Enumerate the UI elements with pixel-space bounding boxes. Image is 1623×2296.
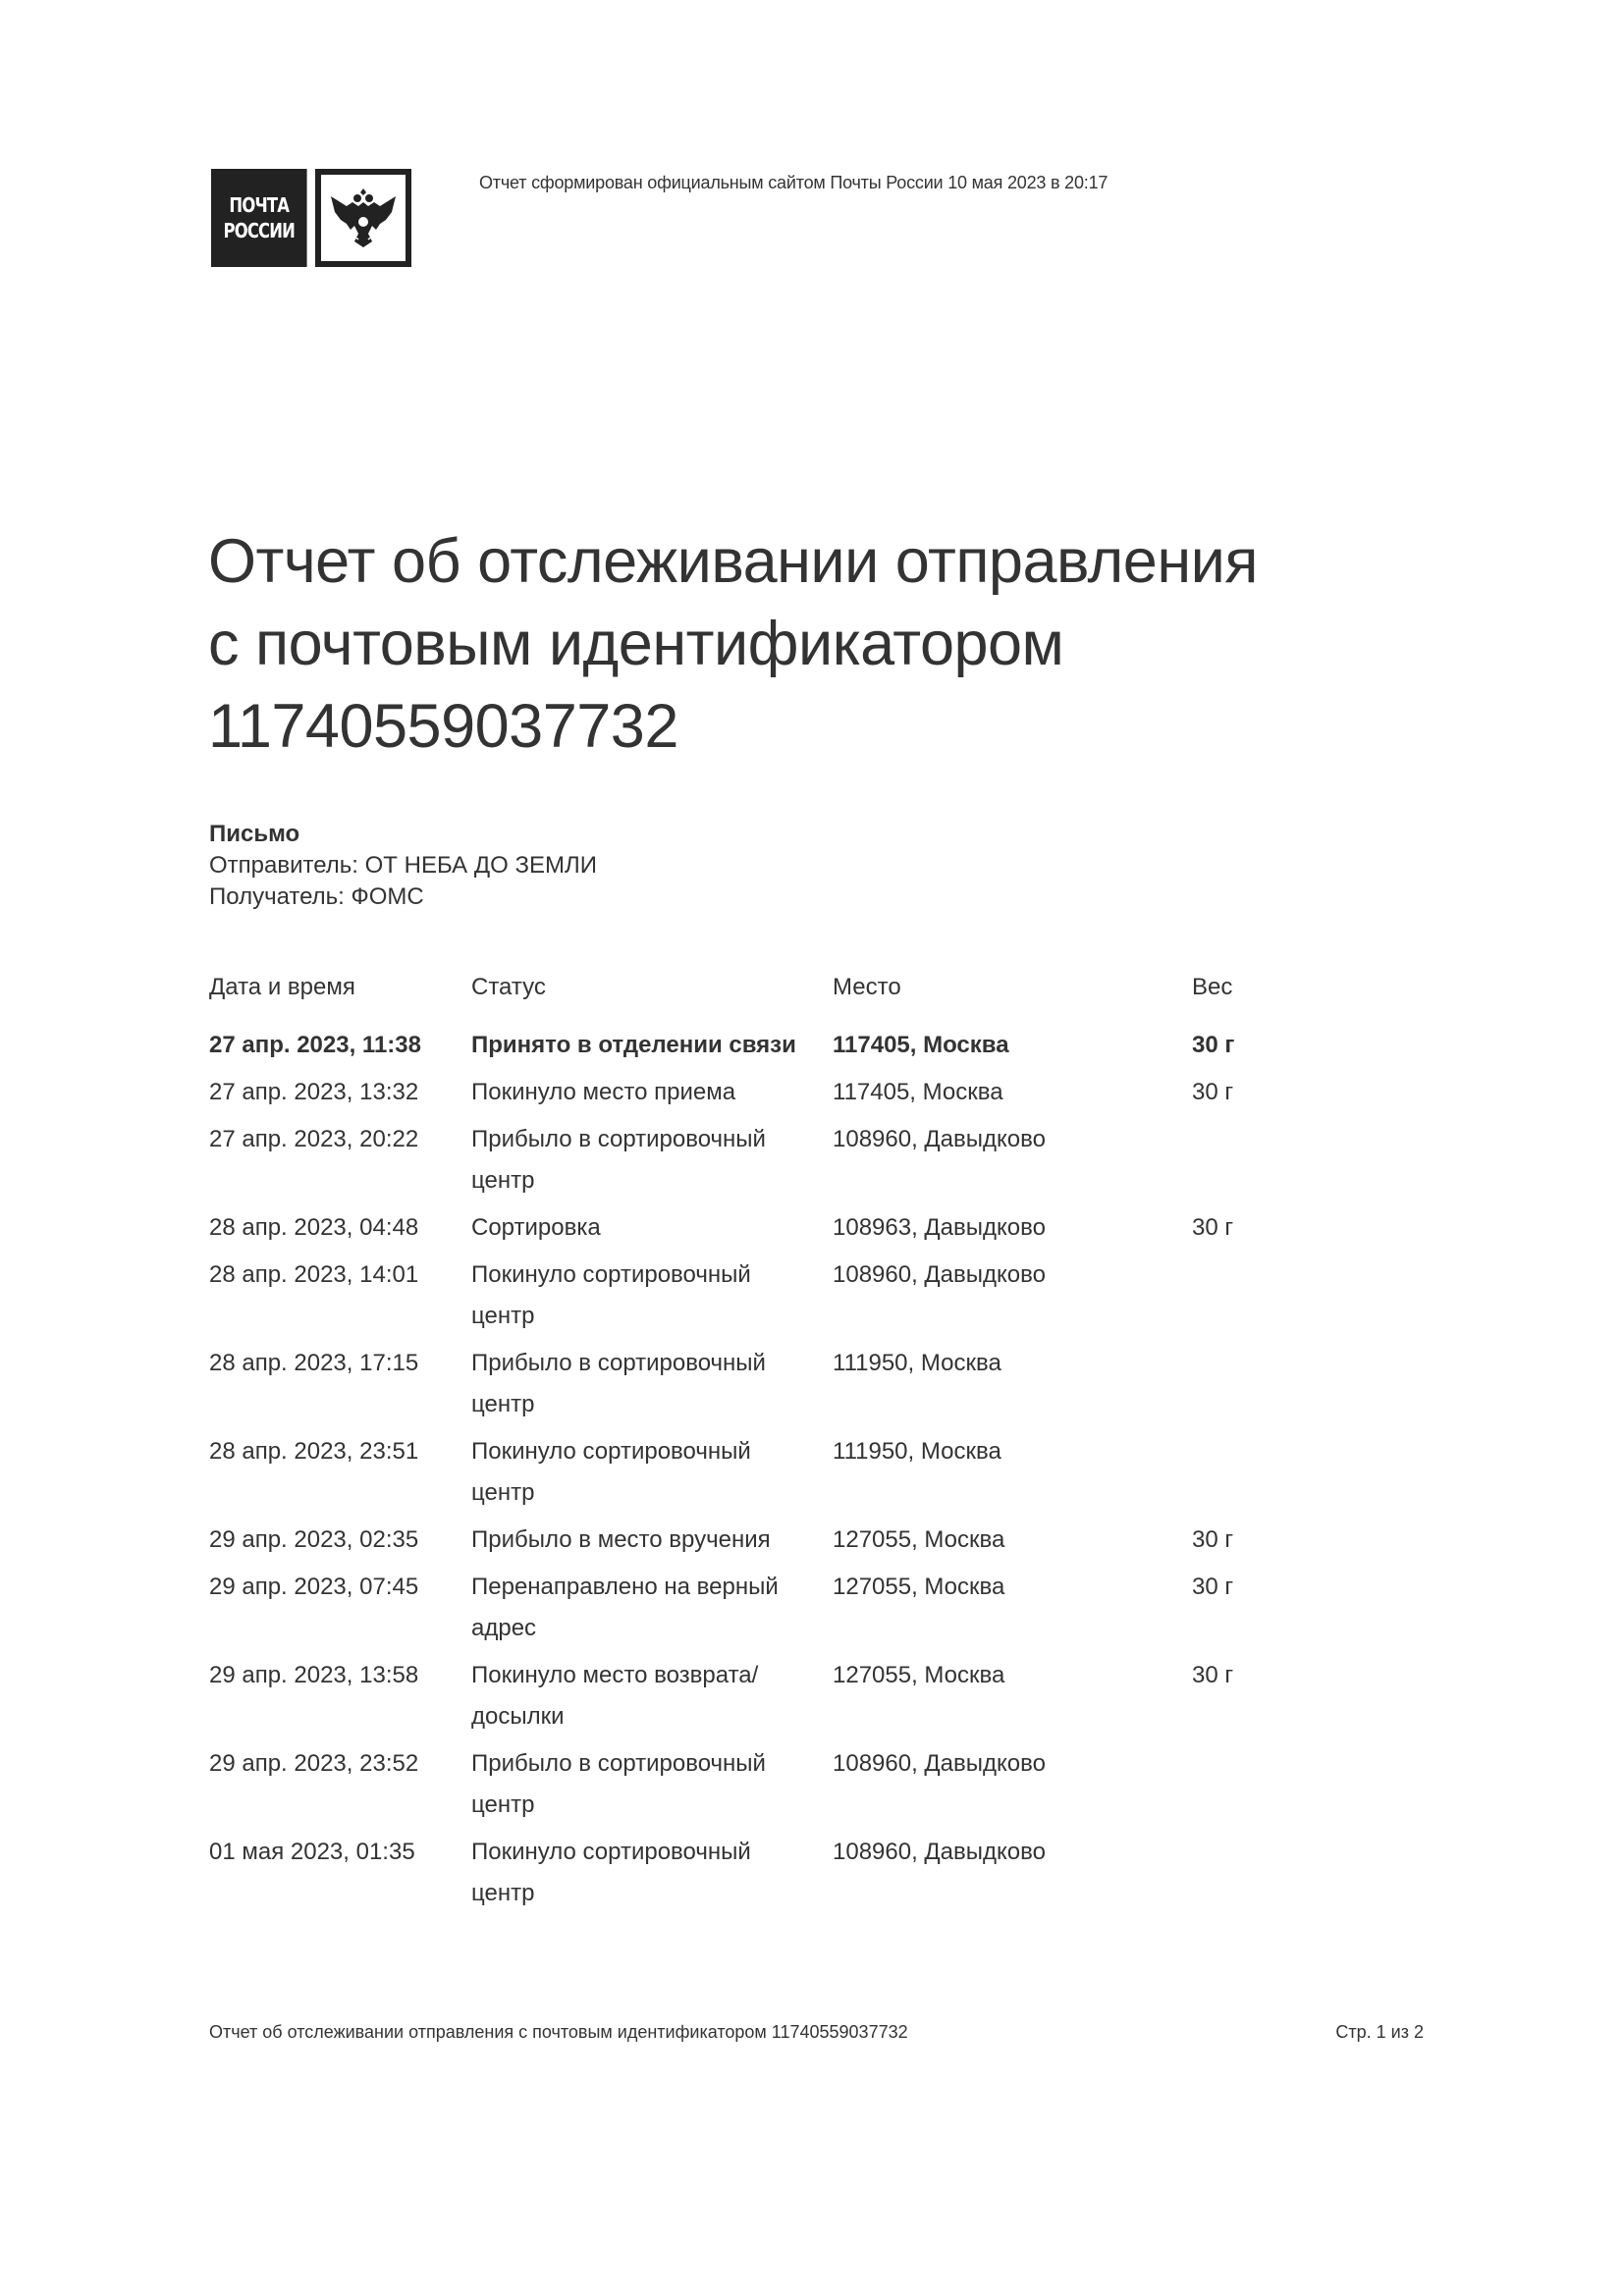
cell-date: 01 мая 2023, 01:35 — [209, 1832, 471, 1914]
shipment-type: Письмо — [209, 819, 597, 850]
cell-place: 108960, Давыдково — [833, 1832, 1192, 1914]
cell-place: 127055, Москва — [833, 1655, 1192, 1737]
title-line-2: с почтовым идентификатором — [208, 603, 1258, 685]
cell-place: 108960, Давыдково — [833, 1255, 1192, 1337]
cell-status: Покинуло место приема — [471, 1072, 805, 1113]
cell-weight — [1192, 1832, 1271, 1914]
cell-status: Перенаправлено на верный адрес — [471, 1567, 805, 1649]
cell-status: Прибыло в сортировочный центр — [471, 1743, 805, 1826]
cell-date: 29 апр. 2023, 23:52 — [209, 1743, 471, 1826]
cell-weight: 30 г — [1192, 1655, 1271, 1737]
table-row: 27 апр. 2023, 11:38Принято в отделении с… — [209, 1025, 1271, 1066]
cell-date: 27 апр. 2023, 13:32 — [209, 1072, 471, 1113]
cell-place: 108960, Давыдково — [833, 1743, 1192, 1826]
page-title: Отчет об отслеживании отправления с почт… — [208, 520, 1258, 768]
cell-weight: 30 г — [1192, 1520, 1271, 1561]
logo-wordmark: ПОЧТА РОССИИ — [211, 169, 307, 267]
footer-title: Отчет об отслеживании отправления с почт… — [209, 2022, 908, 2043]
cell-status: Покинуло сортировочный центр — [471, 1431, 805, 1514]
eagle-emblem-icon — [315, 169, 411, 267]
cell-date: 28 апр. 2023, 14:01 — [209, 1255, 471, 1337]
cell-weight — [1192, 1119, 1271, 1201]
cell-status: Покинуло сортировочный центр — [471, 1255, 805, 1337]
cell-place: 111950, Москва — [833, 1431, 1192, 1514]
column-header-place: Место — [833, 972, 1192, 1025]
table-row: 29 апр. 2023, 02:35Прибыло в место вруче… — [209, 1520, 1271, 1561]
cell-weight: 30 г — [1192, 1207, 1271, 1249]
cell-weight — [1192, 1343, 1271, 1425]
cell-place: 111950, Москва — [833, 1343, 1192, 1425]
column-header-date: Дата и время — [209, 972, 471, 1025]
page-number: Стр. 1 из 2 — [1335, 2022, 1424, 2043]
cell-date: 29 апр. 2023, 02:35 — [209, 1520, 471, 1561]
cell-place: 108960, Давыдково — [833, 1119, 1192, 1201]
cell-weight — [1192, 1431, 1271, 1514]
cell-status: Прибыло в сортировочный центр — [471, 1343, 805, 1425]
cell-date: 27 апр. 2023, 20:22 — [209, 1119, 471, 1201]
table-row: 28 апр. 2023, 14:01Покинуло сортировочны… — [209, 1255, 1271, 1337]
cell-status: Покинуло место возврата/ досылки — [471, 1655, 805, 1737]
recipient: Получатель: ФОМС — [209, 881, 597, 913]
table-row: 28 апр. 2023, 04:48Сортировка108963, Дав… — [209, 1207, 1271, 1249]
cell-place: 117405, Москва — [833, 1025, 1192, 1066]
table-header: Дата и время Статус Место Вес — [209, 972, 1271, 1025]
cell-weight — [1192, 1255, 1271, 1337]
table-row: 28 апр. 2023, 17:15Прибыло в сортировочн… — [209, 1343, 1271, 1425]
cell-weight: 30 г — [1192, 1025, 1271, 1066]
cell-date: 28 апр. 2023, 23:51 — [209, 1431, 471, 1514]
table-body: 27 апр. 2023, 11:38Принято в отделении с… — [209, 1025, 1271, 1914]
russian-post-logo: ПОЧТА РОССИИ — [211, 169, 411, 267]
tracking-number: 11740559037732 — [208, 685, 1258, 768]
table-row: 28 апр. 2023, 23:51Покинуло сортировочны… — [209, 1431, 1271, 1514]
table-row: 01 мая 2023, 01:35Покинуло сортировочный… — [209, 1832, 1271, 1914]
report-generated-note: Отчет сформирован официальным сайтом Поч… — [479, 173, 1108, 193]
cell-status: Прибыло в место вручения — [471, 1520, 805, 1561]
column-header-status: Статус — [471, 972, 833, 1025]
shipment-info: Письмо Отправитель: ОТ НЕБА ДО ЗЕМЛИ Пол… — [209, 819, 597, 913]
logo-line2: РОССИИ — [224, 218, 296, 243]
column-header-weight: Вес — [1192, 972, 1271, 1025]
table-row: 27 апр. 2023, 13:32Покинуло место приема… — [209, 1072, 1271, 1113]
cell-date: 29 апр. 2023, 07:45 — [209, 1567, 471, 1649]
table-row: 29 апр. 2023, 23:52Прибыло в сортировочн… — [209, 1743, 1271, 1826]
table-row: 29 апр. 2023, 07:45Перенаправлено на вер… — [209, 1567, 1271, 1649]
cell-place: 117405, Москва — [833, 1072, 1192, 1113]
cell-status: Покинуло сортировочный центр — [471, 1832, 805, 1914]
logo-line1: ПОЧТА — [229, 192, 289, 218]
cell-place: 108963, Давыдково — [833, 1207, 1192, 1249]
cell-date: 28 апр. 2023, 04:48 — [209, 1207, 471, 1249]
table-row: 27 апр. 2023, 20:22Прибыло в сортировочн… — [209, 1119, 1271, 1201]
tracking-table: Дата и время Статус Место Вес 27 апр. 20… — [209, 972, 1271, 1920]
cell-weight: 30 г — [1192, 1567, 1271, 1649]
cell-place: 127055, Москва — [833, 1520, 1192, 1561]
cell-place: 127055, Москва — [833, 1567, 1192, 1649]
table-row: 29 апр. 2023, 13:58Покинуло место возвра… — [209, 1655, 1271, 1737]
cell-date: 29 апр. 2023, 13:58 — [209, 1655, 471, 1737]
cell-status: Прибыло в сортировочный центр — [471, 1119, 805, 1201]
cell-status: Принято в отделении связи — [471, 1025, 805, 1066]
cell-weight: 30 г — [1192, 1072, 1271, 1113]
sender: Отправитель: ОТ НЕБА ДО ЗЕМЛИ — [209, 850, 597, 881]
title-line-1: Отчет об отслеживании отправления — [208, 520, 1258, 603]
cell-weight — [1192, 1743, 1271, 1826]
cell-status: Сортировка — [471, 1207, 805, 1249]
cell-date: 28 апр. 2023, 17:15 — [209, 1343, 471, 1425]
cell-date: 27 апр. 2023, 11:38 — [209, 1025, 471, 1066]
